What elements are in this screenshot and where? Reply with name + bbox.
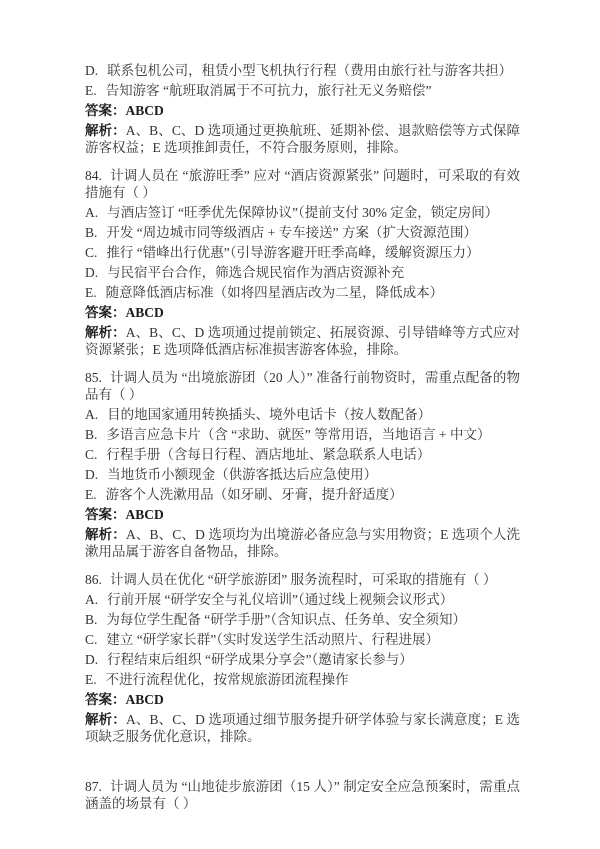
- option-text: 行前开展 “研学安全与礼仪培训”（通过线上视频会议形式）: [107, 592, 453, 607]
- question-number: 84.: [85, 168, 102, 183]
- question-block-86: 86.计调人员在优化 “研学旅游团” 服务流程时，可采取的措施有（ ） A.行前…: [85, 571, 520, 745]
- answer-row: 答案：ABCD: [85, 304, 520, 321]
- analysis-row: 解析：A、B、C、D 选项均为出境游必备应急与实用物资；E 选项个人洗漱用品属于…: [85, 526, 520, 560]
- option-text: 联系包机公司，租赁小型飞机执行行程（费用由旅行社与游客共担）: [107, 63, 512, 78]
- option-text: 与民宿平台合作，筛选合规民宿作为酒店资源补充: [107, 265, 404, 280]
- analysis-text: A、B、C、D 选项通过更换航班、延期补偿、退款赔偿等方式保障游客权益；E 选项…: [85, 123, 520, 155]
- option-row: E.游客个人洗漱用品（如牙刷、牙膏，提升舒适度）: [85, 486, 520, 503]
- option-row: D.当地货币小额现金（供游客抵达后应急使用）: [85, 466, 520, 483]
- option-row: A.目的地国家通用转换插头、境外电话卡（按人数配备）: [85, 406, 520, 423]
- analysis-row: 解析：A、B、C、D 选项通过提前锁定、拓展资源、引导错峰等方式应对资源紧张；E…: [85, 324, 520, 358]
- option-label: D.: [85, 265, 98, 280]
- analysis-text: A、B、C、D 选项通过提前锁定、拓展资源、引导错峰等方式应对资源紧张；E 选项…: [85, 325, 520, 357]
- option-label: E.: [85, 285, 97, 300]
- analysis-label: 解析：: [85, 712, 126, 727]
- question-block-87: 87.计调人员为 “山地徒步旅游团（15 人）” 制定安全应急预案时，需重点涵盖…: [85, 778, 520, 812]
- option-row: E.告知游客 “航班取消属于不可抗力，旅行社无义务赔偿”: [85, 82, 520, 99]
- option-row: B.开发 “周边城市同等级酒店 + 专车接送” 方案（扩大资源范围）: [85, 224, 520, 241]
- option-row: D.行程结束后组织 “研学成果分享会”（邀请家长参与）: [85, 651, 520, 668]
- option-row: E.随意降低酒店标准（如将四星酒店改为二星，降低成本）: [85, 284, 520, 301]
- option-text: 行程手册（含每日行程、酒店地址、紧急联系人电话）: [106, 447, 430, 462]
- option-row: A.行前开展 “研学安全与礼仪培训”（通过线上视频会议形式）: [85, 591, 520, 608]
- analysis-text: A、B、C、D 选项通过细节服务提升研学体验与家长满意度；E 选项缺乏服务优化意…: [85, 712, 520, 744]
- option-row: B.多语言应急卡片（含 “求助、就医” 等常用语，当地语言 + 中文）: [85, 426, 520, 443]
- question-block-85: 85.计调人员为 “出境旅游团（20 人）” 准备行前物资时，需重点配备的物品有…: [85, 369, 520, 560]
- question-block-84: 84.计调人员在 “旅游旺季” 应对 “酒店资源紧张” 问题时，可采取的有效措施…: [85, 167, 520, 358]
- option-text: 建立 “研学家长群”（实时发送学生活动照片、行程进展）: [106, 632, 439, 647]
- analysis-row: 解析：A、B、C、D 选项通过细节服务提升研学体验与家长满意度；E 选项缺乏服务…: [85, 711, 520, 745]
- option-row: A.与酒店签订 “旺季优先保障协议”（提前支付 30% 定金，锁定房间）: [85, 204, 520, 221]
- answer-value: ABCD: [126, 103, 164, 118]
- option-text: 随意降低酒店标准（如将四星酒店改为二星，降低成本）: [106, 285, 444, 300]
- answer-row: 答案：ABCD: [85, 506, 520, 523]
- question-stem-row: 85.计调人员为 “出境旅游团（20 人）” 准备行前物资时，需重点配备的物品有…: [85, 369, 520, 403]
- option-text: 当地货币小额现金（供游客抵达后应急使用）: [107, 467, 377, 482]
- answer-value: ABCD: [126, 507, 164, 522]
- answer-label: 答案：: [85, 103, 126, 118]
- option-label: D.: [85, 652, 98, 667]
- question-number: 86.: [85, 572, 102, 587]
- answer-label: 答案：: [85, 305, 126, 320]
- question-number: 85.: [85, 370, 102, 385]
- option-text: 开发 “周边城市同等级酒店 + 专车接送” 方案（扩大资源范围）: [106, 225, 477, 240]
- option-row: E.不进行流程优化，按常规旅游团流程操作: [85, 671, 520, 688]
- analysis-text: A、B、C、D 选项均为出境游必备应急与实用物资；E 选项个人洗漱用品属于游客自…: [85, 527, 520, 559]
- document-content: D.联系包机公司，租赁小型飞机执行行程（费用由旅行社与游客共担） E.告知游客 …: [85, 62, 520, 815]
- option-label: B.: [85, 225, 97, 240]
- answer-value: ABCD: [126, 305, 164, 320]
- answer-row: 答案：ABCD: [85, 102, 520, 119]
- answer-label: 答案：: [85, 692, 126, 707]
- option-label: E.: [85, 672, 97, 687]
- analysis-row: 解析：A、B、C、D 选项通过更换航班、延期补偿、退款赔偿等方式保障游客权益；E…: [85, 122, 520, 156]
- question-stem: 计调人员为 “山地徒步旅游团（15 人）” 制定安全应急预案时，需重点涵盖的场景…: [85, 779, 520, 811]
- option-text: 为每位学生配备 “研学手册”（含知识点、任务单、安全须知）: [106, 612, 466, 627]
- option-row: D.与民宿平台合作，筛选合规民宿作为酒店资源补充: [85, 264, 520, 281]
- option-row: C.行程手册（含每日行程、酒店地址、紧急联系人电话）: [85, 446, 520, 463]
- option-label: A.: [85, 407, 98, 422]
- answer-row: 答案：ABCD: [85, 691, 520, 708]
- analysis-label: 解析：: [85, 123, 126, 138]
- question-block-83-tail: D.联系包机公司，租赁小型飞机执行行程（费用由旅行社与游客共担） E.告知游客 …: [85, 62, 520, 156]
- option-label: A.: [85, 592, 98, 607]
- question-stem-row: 84.计调人员在 “旅游旺季” 应对 “酒店资源紧张” 问题时，可采取的有效措施…: [85, 167, 520, 201]
- analysis-label: 解析：: [85, 527, 126, 542]
- option-label: C.: [85, 245, 97, 260]
- option-row: D.联系包机公司，租赁小型飞机执行行程（费用由旅行社与游客共担）: [85, 62, 520, 79]
- answer-label: 答案：: [85, 507, 126, 522]
- option-text: 游客个人洗漱用品（如牙刷、牙膏，提升舒适度）: [106, 487, 403, 502]
- question-stem: 计调人员为 “出境旅游团（20 人）” 准备行前物资时，需重点配备的物品有（ ）: [85, 370, 520, 402]
- option-row: B.为每位学生配备 “研学手册”（含知识点、任务单、安全须知）: [85, 611, 520, 628]
- question-stem-row: 87.计调人员为 “山地徒步旅游团（15 人）” 制定安全应急预案时，需重点涵盖…: [85, 778, 520, 812]
- option-text: 推行 “错峰出行优惠”（引导游客避开旺季高峰，缓解资源压力）: [106, 245, 479, 260]
- answer-value: ABCD: [126, 692, 164, 707]
- option-label: D.: [85, 467, 98, 482]
- option-text: 行程结束后组织 “研学成果分享会”（邀请家长参与）: [107, 652, 413, 667]
- option-row: C.推行 “错峰出行优惠”（引导游客避开旺季高峰，缓解资源压力）: [85, 244, 520, 261]
- option-text: 与酒店签订 “旺季优先保障协议”（提前支付 30% 定金，锁定房间）: [107, 205, 498, 220]
- option-label: E.: [85, 487, 97, 502]
- question-stem-row: 86.计调人员在优化 “研学旅游团” 服务流程时，可采取的措施有（ ）: [85, 571, 520, 588]
- option-label: B.: [85, 427, 97, 442]
- option-text: 告知游客 “航班取消属于不可抗力，旅行社无义务赔偿”: [106, 83, 432, 98]
- option-text: 目的地国家通用转换插头、境外电话卡（按人数配备）: [107, 407, 431, 422]
- option-text: 不进行流程优化，按常规旅游团流程操作: [106, 672, 349, 687]
- option-label: D.: [85, 63, 98, 78]
- option-label: A.: [85, 205, 98, 220]
- analysis-label: 解析：: [85, 325, 126, 340]
- question-stem: 计调人员在 “旅游旺季” 应对 “酒店资源紧张” 问题时，可采取的有效措施有（ …: [85, 168, 520, 200]
- option-label: E.: [85, 83, 97, 98]
- option-label: C.: [85, 632, 97, 647]
- question-stem: 计调人员在优化 “研学旅游团” 服务流程时，可采取的措施有（ ）: [110, 572, 497, 587]
- option-label: B.: [85, 612, 97, 627]
- option-text: 多语言应急卡片（含 “求助、就医” 等常用语，当地语言 + 中文）: [106, 427, 490, 442]
- option-row: C.建立 “研学家长群”（实时发送学生活动照片、行程进展）: [85, 631, 520, 648]
- option-label: C.: [85, 447, 97, 462]
- question-number: 87.: [85, 779, 102, 794]
- document-page: D.联系包机公司，租赁小型飞机执行行程（费用由旅行社与游客共担） E.告知游客 …: [0, 0, 600, 849]
